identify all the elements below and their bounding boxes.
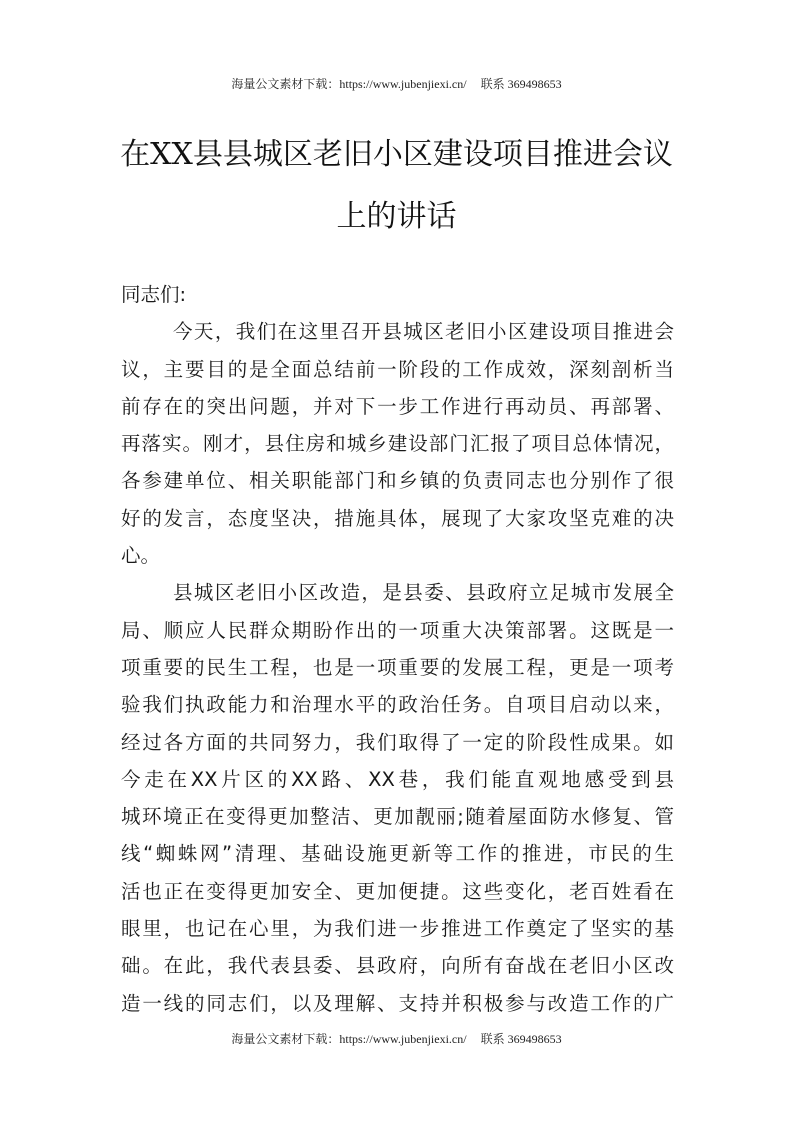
title-line-1: 在XX县县城区老旧小区建设项目推进会议 <box>110 124 683 186</box>
title-line-2: 上的讲话 <box>110 186 683 248</box>
header-contact: 联系 369498653 <box>481 77 562 91</box>
paragraph-line: 今天，我们在这里召开县城区老旧小区建设项目推进会 <box>121 313 674 350</box>
page-header: 海量公文素材下载：https://www.jubenjiexi.cn/联系 36… <box>0 75 793 92</box>
paragraph-line: 验我们执政能力和治理水平的政治任务。自项目启动以来， <box>121 686 674 723</box>
paragraph-line: 再落实。刚才，县住房和城乡建设部门汇报了项目总体情况， <box>121 425 674 462</box>
header-download-label: 海量公文素材下载：https://www.jubenjiexi.cn/ <box>231 77 466 91</box>
page-footer: 海量公文素材下载：https://www.jubenjiexi.cn/联系 36… <box>0 1030 793 1047</box>
paragraph-line: 各参建单位、相关职能部门和乡镇的负责同志也分别作了很 <box>121 462 674 499</box>
paragraph-line: 局、顺应人民群众期盼作出的一项重大决策部署。这既是一 <box>121 612 674 649</box>
paragraph-line: 好的发言，态度坚决，措施具体，展现了大家攻坚克难的决 <box>121 500 674 537</box>
paragraph-line: 心。 <box>121 537 674 574</box>
paragraph-line: 今走在XX片区的XX路、XX巷，我们能直观地感受到县 <box>121 761 674 798</box>
paragraph-line: 线“蜘蛛网”清理、基础设施更新等工作的推进，市民的生 <box>121 835 674 872</box>
paragraph-line: 眼里，也记在心里，为我们进一步推进工作奠定了坚实的基 <box>121 910 674 947</box>
paragraph-line: 县城区老旧小区改造，是县委、县政府立足城市发展全 <box>121 574 674 611</box>
paragraph-line: 础。在此，我代表县委、县政府，向所有奋战在老旧小区改 <box>121 947 674 984</box>
paragraph-line: 前存在的突出问题，并对下一步工作进行再动员、再部署、 <box>121 388 674 425</box>
salutation: 同志们: <box>121 276 674 313</box>
footer-contact: 联系 369498653 <box>481 1032 562 1046</box>
paragraph-line: 造一线的同志们，以及理解、支持并积极参与改造工作的广 <box>121 985 674 1022</box>
footer-download-label: 海量公文素材下载：https://www.jubenjiexi.cn/ <box>231 1032 466 1046</box>
paragraph-line: 议，主要目的是全面总结前一阶段的工作成效，深刻剖析当 <box>121 351 674 388</box>
paragraph-line: 项重要的民生工程，也是一项重要的发展工程，更是一项考 <box>121 649 674 686</box>
paragraph-line: 活也正在变得更加安全、更加便捷。这些变化，老百姓看在 <box>121 873 674 910</box>
paragraph-line: 城环境正在变得更加整洁、更加靓丽;随着屋面防水修复、管 <box>121 798 674 835</box>
document-body: 同志们: 今天，我们在这里召开县城区老旧小区建设项目推进会 议，主要目的是全面总… <box>121 276 674 1022</box>
paragraph-line: 经过各方面的共同努力，我们取得了一定的阶段性成果。如 <box>121 724 674 761</box>
document-title: 在XX县县城区老旧小区建设项目推进会议 上的讲话 <box>110 124 683 248</box>
